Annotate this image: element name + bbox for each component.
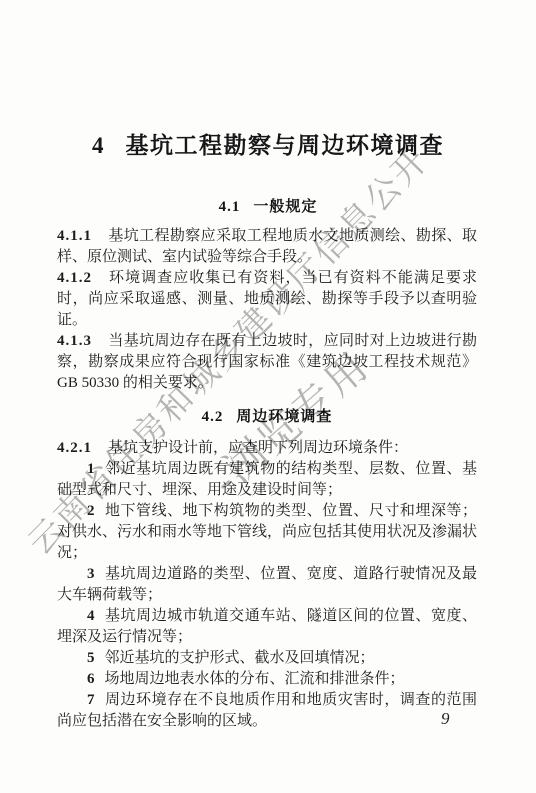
item-number: 5 xyxy=(87,650,95,666)
section-title: 一般规定 xyxy=(253,198,317,215)
section-number: 4.2 xyxy=(202,409,224,425)
clause-number: 4.1.2 xyxy=(57,270,92,286)
clause-4-2-1: 4.2.1基坑支护设计前，应查明下列周边环境条件： xyxy=(57,438,477,459)
clause-4-1-1: 4.1.1基坑工程勘察应采取工程地质水文地质测绘、勘探、取样、原位测试、室内试验… xyxy=(57,226,477,268)
item-number: 1 xyxy=(87,461,95,477)
section-heading-4-2: 4.2周边环境调查 xyxy=(57,406,477,428)
list-item-1: 1邻近基坑周边既有建筑物的结构类型、层数、位置、基础型式和尺寸、埋深、用途及建设… xyxy=(57,459,477,501)
clause-text: 环境调查应收集已有资料，当已有资料不能满足要求时，尚应采取遥感、测量、地质测绘、… xyxy=(57,270,477,328)
list-item-3: 3基坑周边道路的类型、位置、宽度、道路行驶情况及最大车辆荷载等； xyxy=(57,564,477,606)
item-text: 场地周边地表水体的分布、汇流和排泄条件； xyxy=(105,671,405,687)
item-text: 邻近基坑周边既有建筑物的结构类型、层数、位置、基础型式和尺寸、埋深、用途及建设时… xyxy=(57,461,477,498)
chapter-number: 4 xyxy=(92,133,104,158)
item-text: 邻近基坑的支护形式、截水及回填情况； xyxy=(105,650,375,666)
clause-text: 基坑工程勘察应采取工程地质水文地质测绘、勘探、取样、原位测试、室内试验等综合手段… xyxy=(57,228,477,265)
item-text: 地下管线、地下构筑物的类型、位置、尺寸和埋深等；对供水、污水和雨水等地下管线，尚… xyxy=(57,503,477,561)
document-page: 云南省住房和城乡建设厅信息公开 -浏览专用 4基坑工程勘察与周边环境调查 4.1… xyxy=(0,0,536,793)
chapter-title: 4基坑工程勘察与周边环境调查 xyxy=(0,127,536,160)
list-item-5: 5邻近基坑的支护形式、截水及回填情况； xyxy=(57,648,477,669)
list-item-2: 2地下管线、地下构筑物的类型、位置、尺寸和埋深等；对供水、污水和雨水等地下管线，… xyxy=(57,501,477,564)
section-number: 4.1 xyxy=(219,199,241,215)
list-item-6: 6场地周边地表水体的分布、汇流和排泄条件； xyxy=(57,669,477,690)
body-text: 4.1.1基坑工程勘察应采取工程地质水文地质测绘、勘探、取样、原位测试、室内试验… xyxy=(57,226,477,732)
section-title: 周边环境调查 xyxy=(236,408,332,425)
clause-number: 4.1.1 xyxy=(57,228,92,244)
clause-text: 当基坑周边存在既有上边坡时，应同时对上边坡进行勘察，勘察成果应符合现行国家标准《… xyxy=(57,333,477,391)
item-text: 周边环境存在不良地质作用和地质灾害时，调查的范围尚应包括潜在安全影响的区域。 xyxy=(57,692,477,729)
clause-number: 4.1.3 xyxy=(57,333,92,349)
item-number: 7 xyxy=(87,692,95,708)
item-number: 2 xyxy=(87,503,95,519)
section-heading-4-1: 4.1一般规定 xyxy=(0,195,536,216)
page-number: 9 xyxy=(441,709,450,729)
list-item-7: 7周边环境存在不良地质作用和地质灾害时，调查的范围尚应包括潜在安全影响的区域。 xyxy=(57,690,477,732)
clause-4-1-2: 4.1.2环境调查应收集已有资料，当已有资料不能满足要求时，尚应采取遥感、测量、… xyxy=(57,268,477,331)
clause-text: 基坑支护设计前，应查明下列周边环境条件： xyxy=(108,440,408,456)
item-number: 6 xyxy=(87,671,95,687)
list-item-4: 4基坑周边城市轨道交通车站、隧道区间的位置、宽度、埋深及运行情况等； xyxy=(57,606,477,648)
clause-4-1-3: 4.1.3当基坑周边存在既有上边坡时，应同时对上边坡进行勘察，勘察成果应符合现行… xyxy=(57,331,477,394)
item-number: 3 xyxy=(87,566,95,582)
item-text: 基坑周边道路的类型、位置、宽度、道路行驶情况及最大车辆荷载等； xyxy=(57,566,477,603)
item-number: 4 xyxy=(87,608,95,624)
item-text: 基坑周边城市轨道交通车站、隧道区间的位置、宽度、埋深及运行情况等； xyxy=(57,608,477,645)
clause-number: 4.2.1 xyxy=(57,440,92,456)
chapter-title-text: 基坑工程勘察与周边环境调查 xyxy=(126,133,445,158)
